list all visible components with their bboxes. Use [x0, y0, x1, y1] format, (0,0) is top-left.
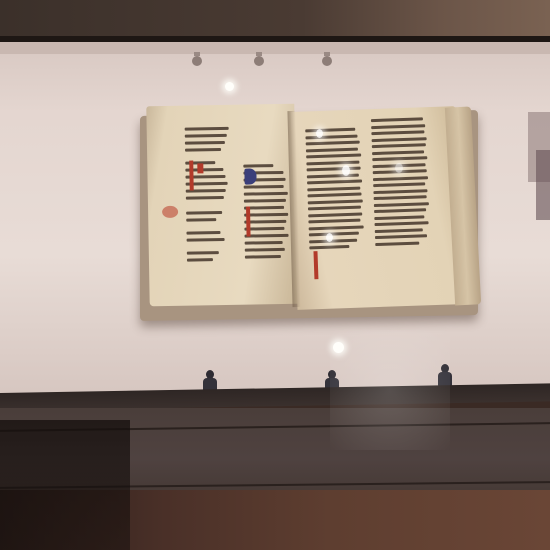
wall-shadow	[536, 150, 550, 220]
left-page	[146, 104, 297, 307]
hanging-hook-icon	[322, 52, 332, 66]
left-page-column-1	[185, 127, 237, 262]
display-case-top-frame	[0, 0, 550, 40]
glass-glare	[395, 163, 403, 173]
manuscript-book	[140, 103, 480, 318]
case-leg-shadow	[0, 420, 130, 550]
red-rubric-initial	[197, 163, 203, 173]
backboard-shadow-band	[0, 42, 550, 54]
right-page-column-2	[371, 117, 435, 246]
red-rubric-initial	[313, 251, 318, 279]
ceiling-light-reflection	[225, 82, 234, 91]
glass-glare	[326, 233, 333, 242]
red-rubric-initial	[189, 160, 194, 190]
hanging-hook-icon	[192, 52, 202, 66]
glass-glare	[316, 129, 323, 138]
hanging-hook-icon	[254, 52, 264, 66]
glass-glare	[342, 165, 350, 176]
red-marginal-stain	[162, 206, 178, 218]
red-rubric-initial	[246, 207, 251, 237]
right-page-column-1	[305, 127, 369, 249]
glass-reflection	[330, 330, 450, 450]
museum-scene: Medieval manuscript in museum display ca…	[0, 0, 550, 550]
